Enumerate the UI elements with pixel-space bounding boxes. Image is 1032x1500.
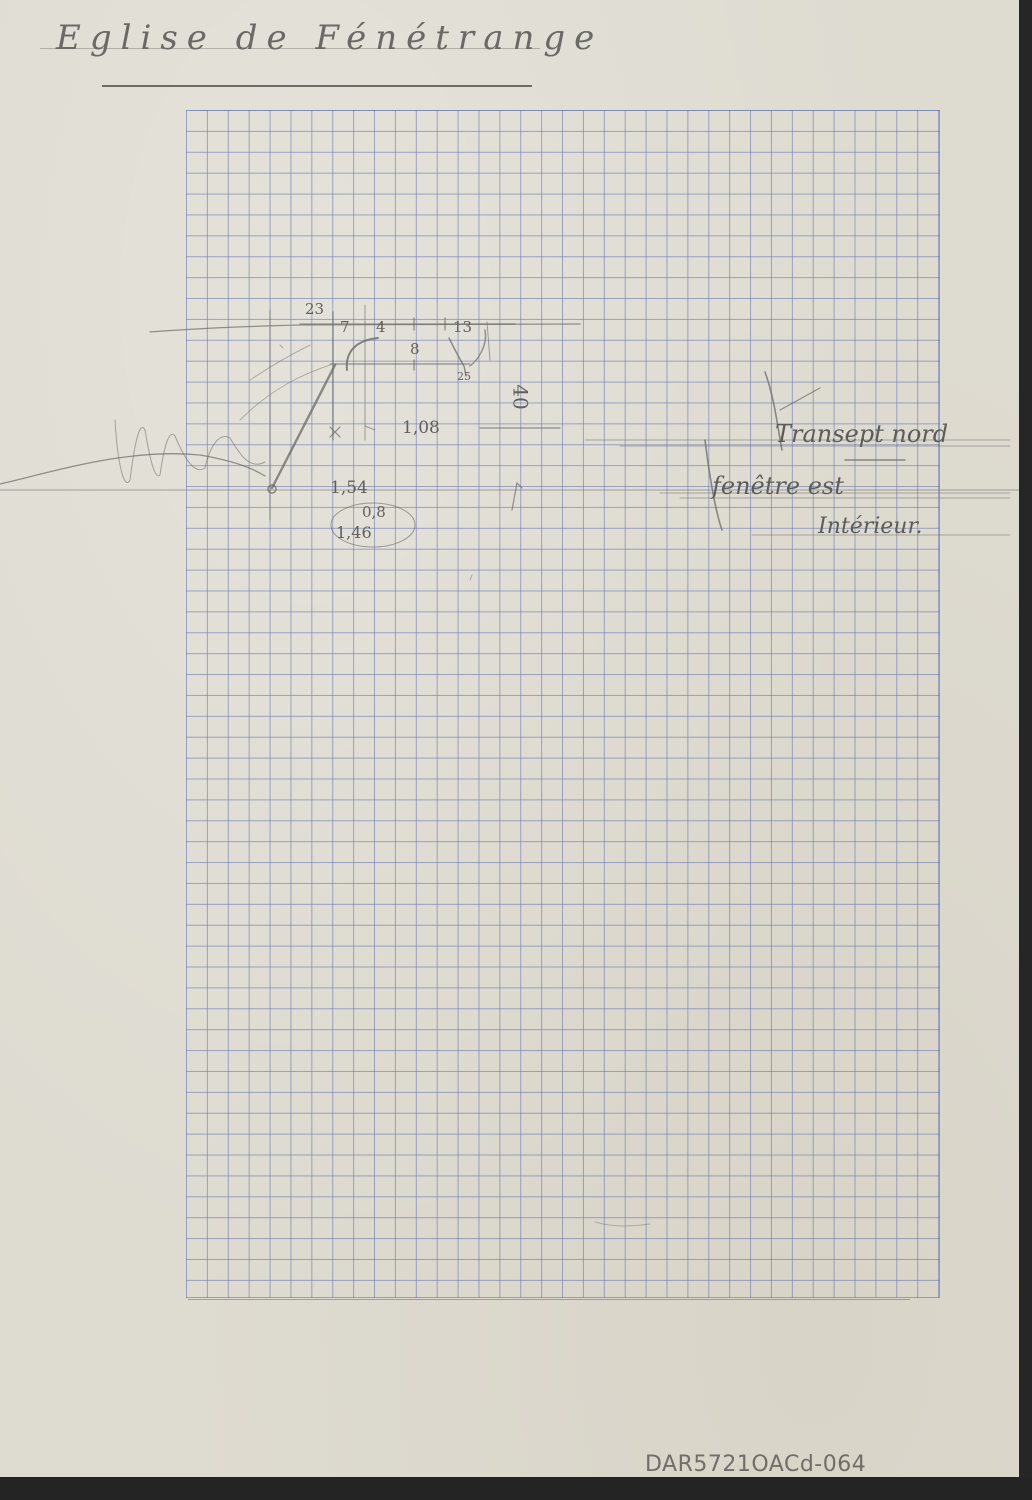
annotation-transept-nord: Transept nord (775, 420, 948, 448)
measurement-25: 25 (457, 370, 471, 383)
measurement-8: 8 (410, 340, 420, 358)
scan-background-right (1019, 0, 1032, 1500)
annotation-fenetre-est: fenêtre est (712, 472, 844, 500)
archive-reference-id: DAR5721OACd-064 (645, 1452, 866, 1477)
document-page: Eglise de Fénétrange (0, 0, 1019, 1477)
measurement-4: 4 (376, 318, 386, 336)
measurement-7: 7 (340, 318, 350, 336)
scan-background-bottom (0, 1477, 1032, 1500)
measurement-1-46: 1,46 (336, 523, 372, 542)
annotation-interieur: Intérieur. (818, 514, 923, 539)
measurement-23: 23 (305, 300, 324, 318)
measurement-40: 40 (509, 384, 533, 409)
measurement-1-08: 1,08 (402, 418, 440, 438)
measurement-0-8: 0,8 (362, 503, 386, 521)
window-profile-sketch (0, 0, 1019, 1477)
measurement-13: 13 (453, 318, 472, 336)
measurement-1-54: 1,54 (330, 478, 368, 498)
